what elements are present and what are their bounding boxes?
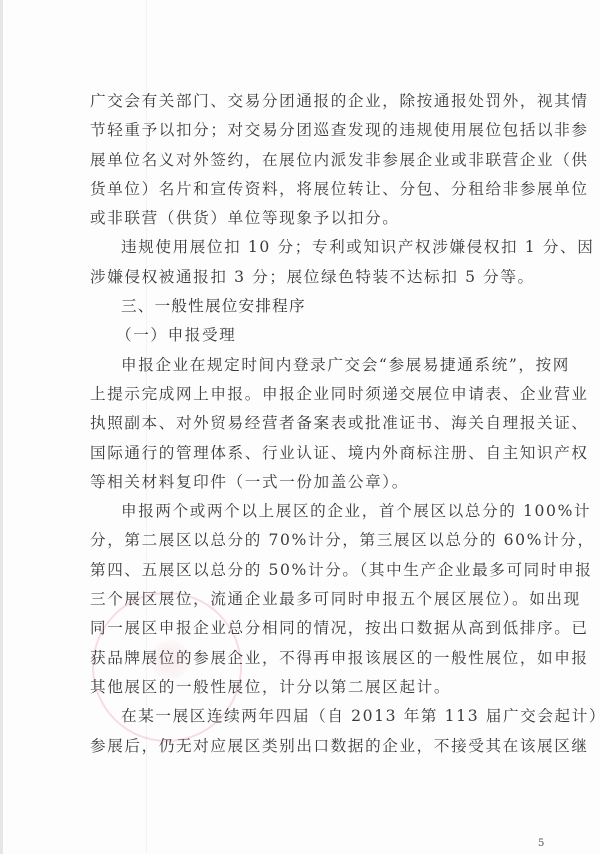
paragraph-line: 或非联营（供货）单位等现象予以扣分。 — [90, 204, 546, 233]
page-number: 5 — [538, 838, 544, 849]
paragraph-line: 参展后，仍无对应展区类别出口数据的企业，不接受其在该展区继 — [90, 732, 546, 761]
paragraph-line: 其他展区的一般性展位，计分以第二展区起计。 — [90, 673, 546, 702]
section-heading: 三、一般性展位安排程序 — [90, 292, 546, 321]
paragraph-line: 上提示完成网上申报。申报企业同时须递交展位申请表、企业营业 — [90, 380, 546, 409]
paragraph-line: 广交会有关部门、交易分团通报的企业，除按通报处罚外，视其情 — [90, 87, 546, 116]
paragraph-line: 执照副本、对外贸易经营者备案表或批准证书、海关自理报关证、 — [90, 409, 546, 438]
document-body: 广交会有关部门、交易分团通报的企业，除按通报处罚外，视其情 节轻重予以扣分；对交… — [90, 87, 546, 761]
paragraph-line: 在某一展区连续两年四届（自 2013 年第 113 届广交会起计） — [90, 702, 546, 731]
scan-edge — [0, 0, 3, 854]
paragraph-line: 国际通行的管理体系、行业认证、境内外商标注册、自主知识产权 — [90, 439, 546, 468]
paragraph-line: 申报企业在规定时间内登录广交会“参展易捷通系统”，按网 — [90, 351, 546, 380]
paragraph-line: 等相关材料复印件（一式一份加盖公章）。 — [90, 468, 546, 497]
paragraph-line: 三个展区展位，流通企业最多可同时申报五个展区展位）。如出现 — [90, 585, 546, 614]
paragraph-line: 获品牌展位的参展企业，不得再申报该展区的一般性展位，如申报 — [90, 644, 546, 673]
paragraph-line: 涉嫌侵权被通报扣 3 分；展位绿色特装不达标扣 5 分等。 — [90, 263, 546, 292]
paragraph-line: 节轻重予以扣分；对交易分团巡查发现的违规使用展位包括以非参 — [90, 116, 546, 145]
paragraph-line: 同一展区申报企业总分相同的情况，按出口数据从高到低排序。已 — [90, 614, 546, 643]
subsection-heading: （一）申报受理 — [90, 321, 546, 350]
paragraph-line: 分，第二展区以总分的 70%计分，第三展区以总分的 60%计分， — [90, 526, 546, 555]
paragraph-line: 申报两个或两个以上展区的企业，首个展区以总分的 100%计 — [90, 497, 546, 526]
paragraph-line: 违规使用展位扣 10 分；专利或知识产权涉嫌侵权扣 1 分、因 — [90, 233, 546, 262]
paragraph-line: 货单位）名片和宣传资料，将展位转让、分包、分租给非参展单位 — [90, 175, 546, 204]
paragraph-line: 第四、五展区以总分的 50%计分。（其中生产企业最多可同时申报 — [90, 556, 546, 585]
paragraph-line: 展单位名义对外签约，在展位内派发非参展企业或非联营企业（供 — [90, 146, 546, 175]
